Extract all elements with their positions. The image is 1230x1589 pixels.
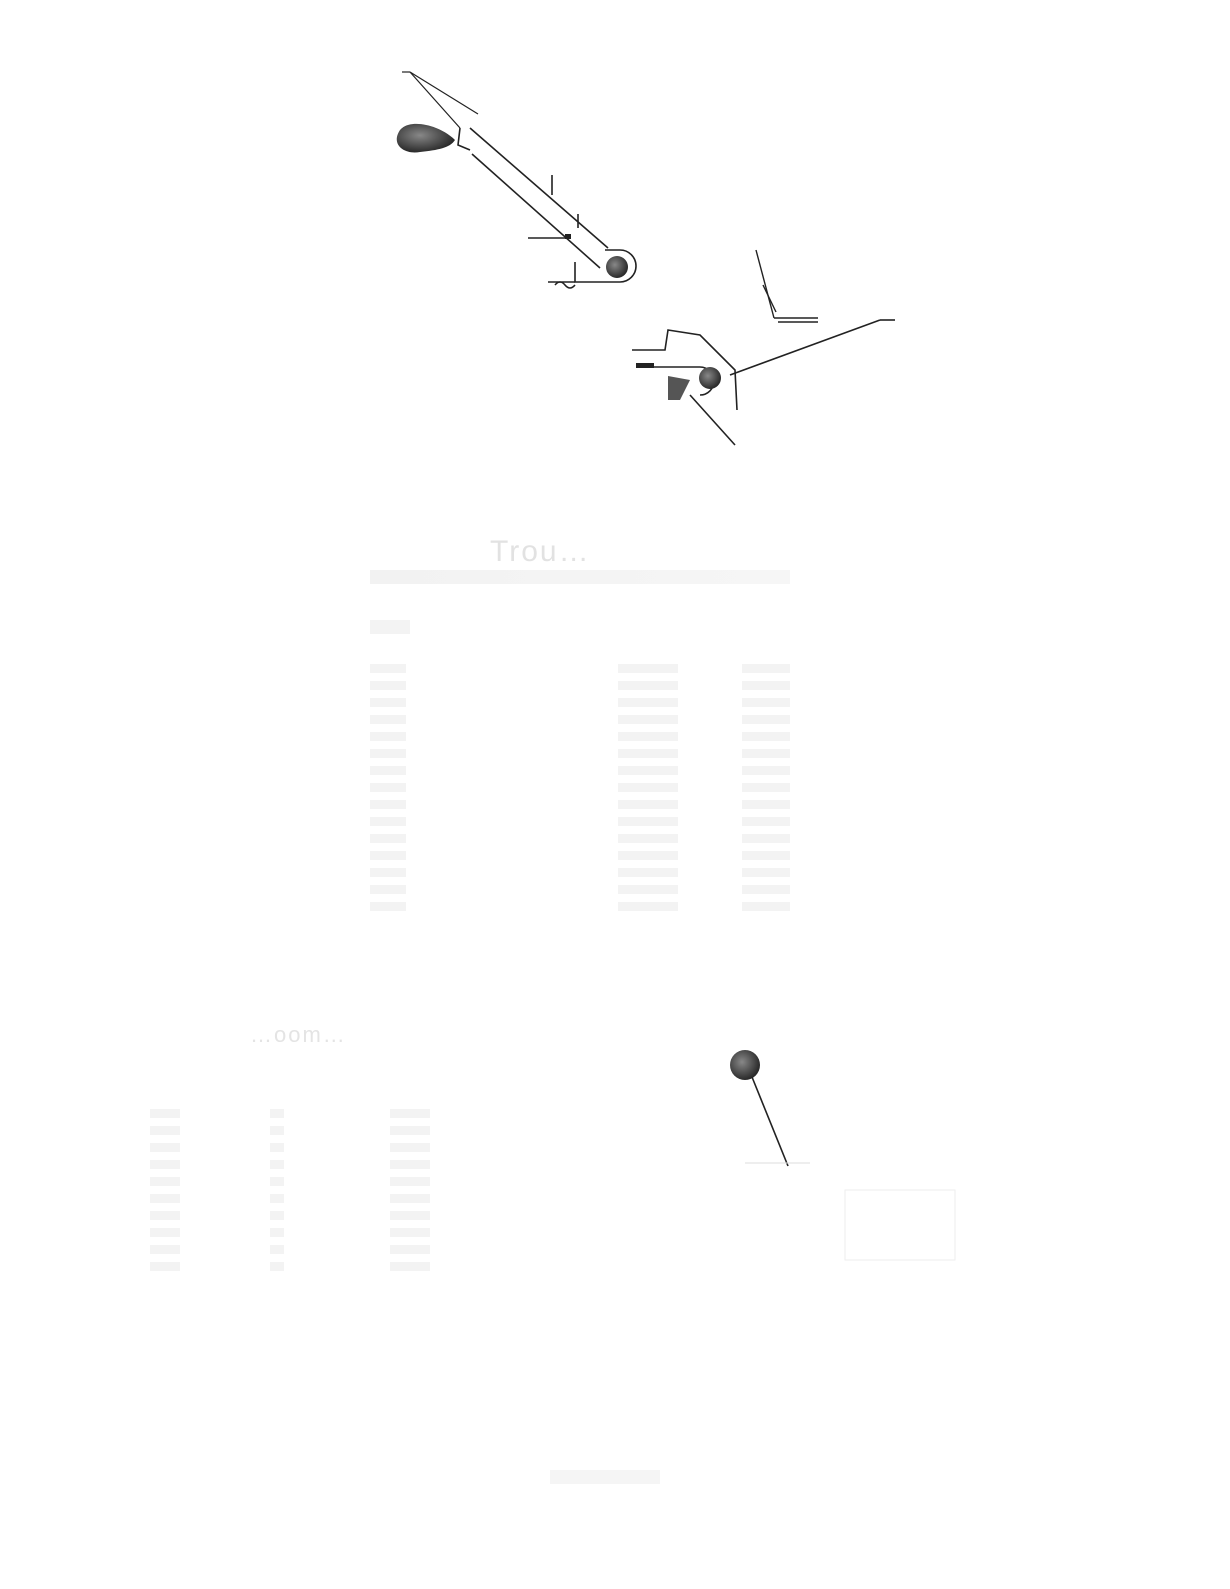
table-row bbox=[150, 1258, 510, 1275]
pivot-ball bbox=[606, 256, 628, 278]
cell bbox=[270, 1211, 284, 1220]
cell bbox=[150, 1143, 180, 1152]
cell bbox=[150, 1160, 180, 1169]
cell bbox=[150, 1109, 180, 1118]
cell bbox=[390, 1160, 430, 1169]
table-row bbox=[370, 762, 790, 779]
cell bbox=[150, 1126, 180, 1135]
cell bbox=[150, 1177, 180, 1186]
table-row bbox=[370, 830, 790, 847]
cell bbox=[390, 1245, 430, 1254]
cell bbox=[742, 732, 790, 741]
cell bbox=[150, 1228, 180, 1237]
table-row bbox=[370, 847, 790, 864]
section2-heading: …oom… bbox=[250, 1022, 347, 1048]
table-row bbox=[370, 813, 790, 830]
cell bbox=[370, 766, 406, 775]
page-footer bbox=[550, 1470, 660, 1484]
table-row bbox=[370, 728, 790, 745]
cell bbox=[270, 1160, 284, 1169]
table-row bbox=[370, 779, 790, 796]
callout-label bbox=[248, 130, 253, 145]
section-heading: Trou… bbox=[490, 535, 591, 569]
cell bbox=[742, 885, 790, 894]
table-row bbox=[150, 1224, 510, 1241]
table-row bbox=[150, 1241, 510, 1258]
cell bbox=[618, 817, 678, 826]
cell bbox=[390, 1109, 430, 1118]
cell bbox=[270, 1177, 284, 1186]
cell bbox=[150, 1211, 180, 1220]
cell bbox=[618, 885, 678, 894]
cell bbox=[618, 698, 678, 707]
table-row bbox=[150, 1105, 510, 1122]
table-row bbox=[150, 1173, 510, 1190]
cell bbox=[618, 800, 678, 809]
cell bbox=[370, 868, 406, 877]
cell bbox=[390, 1177, 430, 1186]
cell bbox=[270, 1228, 284, 1237]
cell bbox=[618, 851, 678, 860]
table-row bbox=[370, 660, 790, 677]
cell bbox=[618, 902, 678, 911]
cell bbox=[742, 766, 790, 775]
cell bbox=[370, 885, 406, 894]
cell bbox=[742, 783, 790, 792]
cell bbox=[742, 715, 790, 724]
cell bbox=[270, 1194, 284, 1203]
cell bbox=[618, 749, 678, 758]
cell bbox=[370, 664, 406, 673]
cell bbox=[618, 715, 678, 724]
table-row bbox=[370, 711, 790, 728]
section-subheading bbox=[370, 570, 790, 584]
cell bbox=[270, 1109, 284, 1118]
ball-on-stem bbox=[730, 1050, 760, 1080]
cell bbox=[150, 1245, 180, 1254]
cell bbox=[618, 766, 678, 775]
pointer-lines bbox=[402, 72, 478, 128]
troubleshooting-table bbox=[370, 620, 790, 664]
cell bbox=[270, 1245, 284, 1254]
cell bbox=[370, 851, 406, 860]
cell bbox=[742, 749, 790, 758]
table-row bbox=[370, 796, 790, 813]
bottom-figure bbox=[730, 1050, 955, 1260]
cell bbox=[370, 800, 406, 809]
table2-rows bbox=[150, 1105, 510, 1275]
cell bbox=[390, 1126, 430, 1135]
bracket-ball bbox=[699, 367, 721, 389]
cell bbox=[618, 664, 678, 673]
cell bbox=[618, 732, 678, 741]
teardrop-weight bbox=[397, 124, 455, 153]
table-row bbox=[370, 881, 790, 898]
table-rows bbox=[370, 660, 790, 915]
cell bbox=[370, 834, 406, 843]
cell bbox=[390, 1262, 430, 1271]
tube bbox=[458, 128, 608, 268]
cell bbox=[618, 681, 678, 690]
cell bbox=[370, 783, 406, 792]
table-header bbox=[370, 620, 410, 634]
table-row bbox=[370, 745, 790, 762]
cell bbox=[370, 698, 406, 707]
cell bbox=[370, 715, 406, 724]
cell bbox=[618, 868, 678, 877]
table-row bbox=[150, 1190, 510, 1207]
cell bbox=[742, 851, 790, 860]
cell bbox=[618, 783, 678, 792]
cell bbox=[390, 1194, 430, 1203]
cell bbox=[742, 868, 790, 877]
cell bbox=[370, 732, 406, 741]
table-row bbox=[370, 677, 790, 694]
cell bbox=[270, 1126, 284, 1135]
cell bbox=[742, 664, 790, 673]
cell bbox=[370, 902, 406, 911]
cell bbox=[742, 681, 790, 690]
l-rod bbox=[756, 250, 818, 322]
cell bbox=[150, 1262, 180, 1271]
cell bbox=[270, 1262, 284, 1271]
cell bbox=[370, 749, 406, 758]
table-row bbox=[370, 898, 790, 915]
cell bbox=[370, 681, 406, 690]
cell bbox=[390, 1228, 430, 1237]
cell bbox=[370, 817, 406, 826]
bracket-shade bbox=[668, 376, 690, 400]
table-row bbox=[150, 1207, 510, 1224]
cell bbox=[742, 817, 790, 826]
table-row bbox=[150, 1139, 510, 1156]
cell bbox=[150, 1194, 180, 1203]
table-row bbox=[150, 1122, 510, 1139]
table-row bbox=[150, 1156, 510, 1173]
cell bbox=[390, 1143, 430, 1152]
cell bbox=[742, 698, 790, 707]
cell bbox=[742, 834, 790, 843]
cell bbox=[390, 1211, 430, 1220]
cell bbox=[742, 800, 790, 809]
cell bbox=[618, 834, 678, 843]
cell bbox=[270, 1143, 284, 1152]
cell bbox=[742, 902, 790, 911]
table-row bbox=[370, 694, 790, 711]
table-row bbox=[370, 864, 790, 881]
